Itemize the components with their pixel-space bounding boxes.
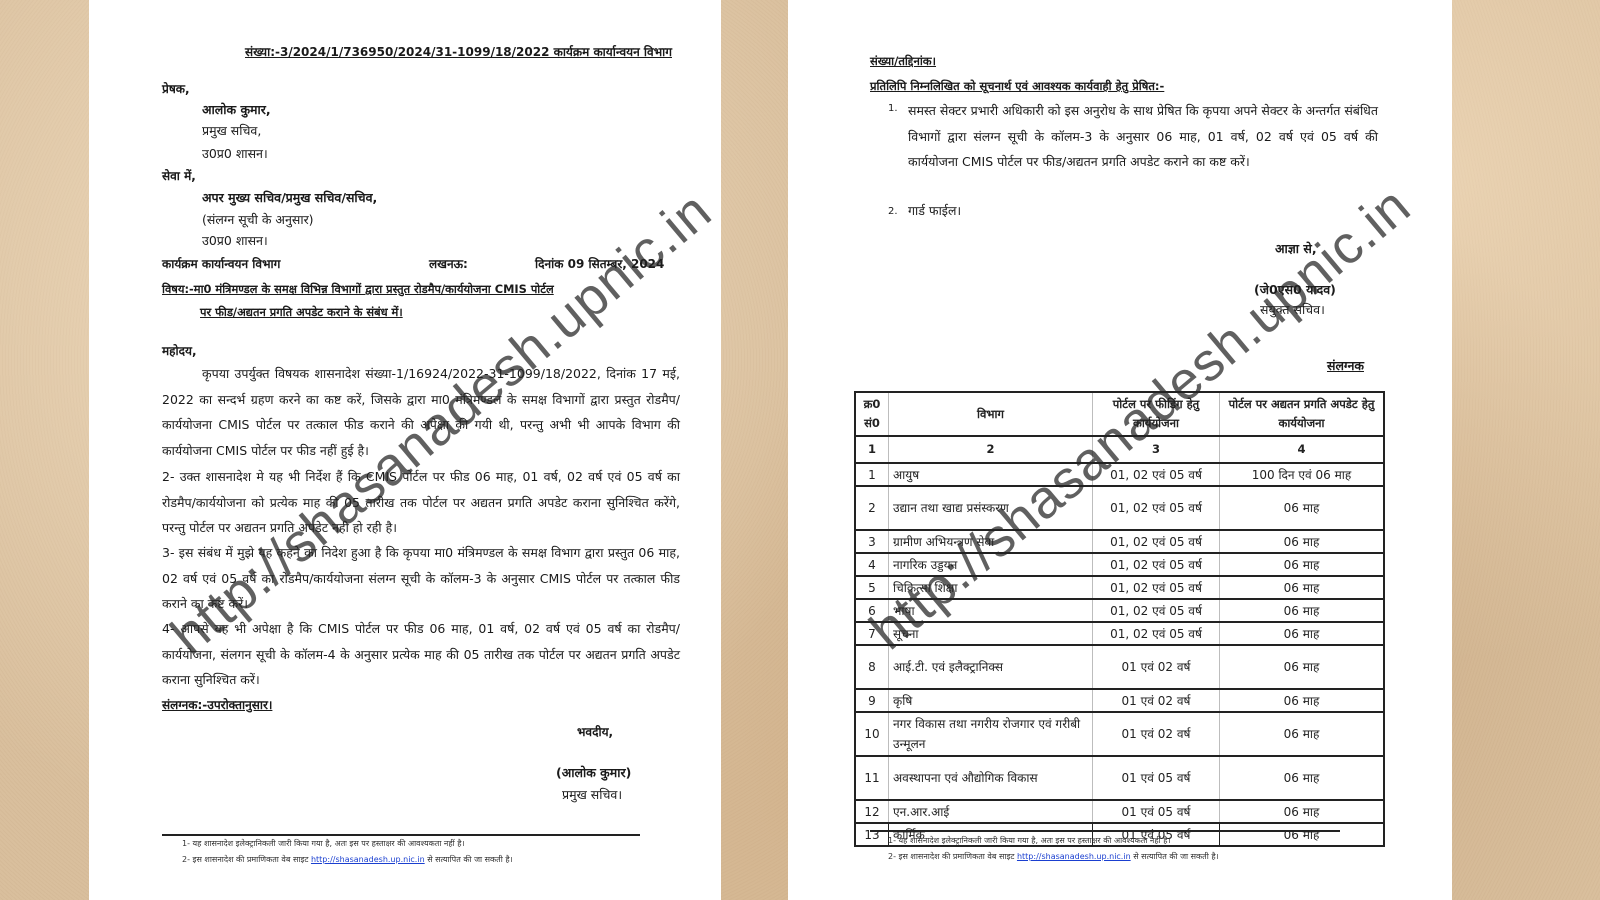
cell-feeding-plan: 01 एवं 02 वर्ष [1093,645,1220,689]
signatory-name: (आलोक कुमार) [556,764,631,781]
cell-department: ग्रामीण अभियन्त्रण सेवा [889,530,1093,553]
cell-feeding-plan: 01 एवं 05 वर्ष [1093,800,1220,823]
paragraph-3: 3- इस संबंध में मुझे यह कहने का निदेश हु… [162,540,680,617]
cell-feeding-plan: 01, 02 एवं 05 वर्ष [1093,622,1220,645]
table-header-row: क्र0 सं0 विभाग पोर्टल पर फीडिंग हेतु कार… [855,392,1384,436]
footer-note-2: 2- इस शासनादेश की प्रमाणिकता वेब साइट ht… [182,854,513,865]
order-label: आज्ञा से, [1275,240,1317,257]
copy-item-1: समस्त सेक्टर प्रभारी अधिकारी को इस अनुरो… [908,98,1378,175]
cell-department: नागरिक उड्डयन [889,553,1093,576]
table-row: 8आई.टी. एवं इलैक्ट्रानिक्स01 एवं 02 वर्ष… [855,645,1384,689]
table-row: 10नगर विकास तथा नगरीय रोजगार एवं गरीबी उ… [855,712,1384,756]
copy-item-2: गार्ड फाईल। [908,202,961,219]
order-reference-number: संख्या:-3/2024/1/736950/2024/31-1099/18/… [245,43,672,60]
sender-designation: प्रमुख सचिव, [202,122,261,139]
salutation: महोदय, [162,342,197,359]
cell-serial: 10 [855,712,889,756]
cell-update-plan: 06 माह [1220,823,1385,846]
recipient-note: (संलग्न सूची के अनुसार) [202,211,314,228]
page2-signatory-name: (जे0एस0 यादव) [1254,281,1336,298]
cell-serial: 12 [855,800,889,823]
table-body: 1आयुष01, 02 एवं 05 वर्ष100 दिन एवं 06 मा… [855,463,1384,846]
cell-feeding-plan: 01 एवं 02 वर्ष [1093,689,1220,712]
cell-serial: 2 [855,486,889,530]
col-header-department: विभाग [889,392,1093,436]
cell-feeding-plan: 01, 02 एवं 05 वर्ष [1093,530,1220,553]
cell-update-plan: 06 माह [1220,486,1385,530]
enclosure-note: संलग्नक:-उपरोक्तानुसार। [162,696,272,713]
table-row: 6भाषा01, 02 एवं 05 वर्ष06 माह [855,599,1384,622]
page2-footer-note-2-prefix: 2- इस शासनादेश की प्रमाणिकता वेब साइट [888,852,1014,861]
sender-government: उ0प्र0 शासन। [202,145,268,162]
table-row: 12एन.आर.आई01 एवं 05 वर्ष06 माह [855,800,1384,823]
cell-feeding-plan: 01, 02 एवं 05 वर्ष [1093,486,1220,530]
recipient-government: उ0प्र0 शासन। [202,232,268,249]
cell-serial: 13 [855,823,889,846]
cell-department: आई.टी. एवं इलैक्ट्रानिक्स [889,645,1093,689]
cell-update-plan: 06 माह [1220,800,1385,823]
copy-item-1-number: 1. [888,103,898,114]
cell-feeding-plan: 01, 02 एवं 05 वर्ष [1093,576,1220,599]
cell-update-plan: 06 माह [1220,689,1385,712]
table-row: 5चिकित्सा शिक्षा01, 02 एवं 05 वर्ष06 माह [855,576,1384,599]
cell-update-plan: 06 माह [1220,645,1385,689]
cell-update-plan: 100 दिन एवं 06 माह [1220,463,1385,486]
cell-serial: 7 [855,622,889,645]
cell-feeding-plan: 01, 02 एवं 05 वर्ष [1093,553,1220,576]
cell-serial: 1 [855,463,889,486]
cell-department: सूचना [889,622,1093,645]
col-number-2: 2 [889,436,1093,463]
footer-note-2-prefix: 2- इस शासनादेश की प्रमाणिकता वेब साइट [182,855,308,864]
subject-line-1: विषय:-मा0 मंत्रिमण्डल के समक्ष विभिन्न व… [162,282,554,297]
verification-link[interactable]: http://shasanadesh.up.nic.in [311,855,425,864]
cell-update-plan: 06 माह [1220,530,1385,553]
cell-feeding-plan: 01 एवं 05 वर्ष [1093,756,1220,800]
table-row: 7सूचना01, 02 एवं 05 वर्ष06 माह [855,622,1384,645]
paragraph-1: कृपया उपर्युक्त विषयक शासनादेश संख्या-1/… [162,361,680,463]
subject-line-2: पर फीड/अद्यतन प्रगति अपडेट कराने के संबं… [200,305,403,320]
cell-serial: 8 [855,645,889,689]
closing: भवदीय, [577,723,613,740]
cell-department: एन.आर.आई [889,800,1093,823]
place: लखनऊ: [429,255,468,272]
cell-serial: 11 [855,756,889,800]
footer-note-1: 1- यह शासनादेश इलेक्ट्रानिकली जारी किया … [182,838,465,849]
cell-update-plan: 06 माह [1220,553,1385,576]
cell-serial: 3 [855,530,889,553]
recipient-label: सेवा में, [162,167,196,184]
cell-update-plan: 06 माह [1220,576,1385,599]
cell-feeding-plan: 01, 02 एवं 05 वर्ष [1093,463,1220,486]
footer-note-2-suffix: से सत्यापित की जा सकती है। [427,855,512,864]
paragraph-2: 2- उक्त शासनादेश मे यह भी निर्देश हैं कि… [162,464,680,541]
page2-footer-note-2: 2- इस शासनादेश की प्रमाणिकता वेब साइट ht… [888,851,1219,862]
recipient-name: अपर मुख्य सचिव/प्रमुख सचिव/सचिव, [202,189,377,206]
cell-department: चिकित्सा शिक्षा [889,576,1093,599]
table-row: 9कृषि01 एवं 02 वर्ष06 माह [855,689,1384,712]
page2-footer-note-2-suffix: से सत्यापित की जा सकती है। [1133,852,1218,861]
cell-serial: 5 [855,576,889,599]
cell-department: कृषि [889,689,1093,712]
signatory-designation: प्रमुख सचिव। [562,786,622,803]
footer-divider [162,834,640,836]
col-header-update-plan: पोर्टल पर अद्यतन प्रगति अपडेट हेतु कार्य… [1220,392,1385,436]
cell-serial: 6 [855,599,889,622]
cell-department: आयुष [889,463,1093,486]
page2-reference: संख्या/तद्दिनांक। [870,54,936,69]
cell-feeding-plan: 01, 02 एवं 05 वर्ष [1093,599,1220,622]
paragraph-4: 4- आपसे यह भी अपेक्षा है कि CMIS पोर्टल … [162,616,680,693]
sender-label: प्रेषक, [162,80,190,97]
page2-verification-link[interactable]: http://shasanadesh.up.nic.in [1017,852,1131,861]
copy-heading: प्रतिलिपि निम्नलिखित को सूचनार्थ एवं आवश… [870,79,1164,94]
order-date: दिनांक 09 सितम्बर, 2024 [535,255,664,272]
col-number-4: 4 [1220,436,1385,463]
col-number-1: 1 [855,436,889,463]
col-number-3: 3 [1093,436,1220,463]
table-row: 11अवस्थापना एवं औद्योगिक विकास01 एवं 05 … [855,756,1384,800]
annexure-table: क्र0 सं0 विभाग पोर्टल पर फीडिंग हेतु कार… [854,391,1385,847]
table-row: 3ग्रामीण अभियन्त्रण सेवा01, 02 एवं 05 वर… [855,530,1384,553]
document-page-1: संख्या:-3/2024/1/736950/2024/31-1099/18/… [89,0,721,900]
cell-update-plan: 06 माह [1220,756,1385,800]
cell-serial: 4 [855,553,889,576]
col-header-serial: क्र0 सं0 [855,392,889,436]
document-page-2: संख्या/तद्दिनांक। प्रतिलिपि निम्नलिखित क… [788,0,1452,900]
cell-update-plan: 06 माह [1220,622,1385,645]
annexure-label: संलग्नक [1327,357,1364,374]
column-number-row: 1 2 3 4 [855,436,1384,463]
table-row: 2उद्यान तथा खाद्य प्रसंस्करण01, 02 एवं 0… [855,486,1384,530]
col-header-feeding-plan: पोर्टल पर फीडिंग हेतु कार्ययोजना [1093,392,1220,436]
cell-department: भाषा [889,599,1093,622]
cell-update-plan: 06 माह [1220,712,1385,756]
sender-name: आलोक कुमार, [202,101,271,118]
cell-feeding-plan: 01 एवं 02 वर्ष [1093,712,1220,756]
cell-department: उद्यान तथा खाद्य प्रसंस्करण [889,486,1093,530]
copy-item-2-number: 2. [888,206,898,217]
table-row: 4नागरिक उड्डयन01, 02 एवं 05 वर्ष06 माह [855,553,1384,576]
cell-update-plan: 06 माह [1220,599,1385,622]
cell-department: अवस्थापना एवं औद्योगिक विकास [889,756,1093,800]
page2-footer-divider [870,830,1340,832]
cell-department: नगर विकास तथा नगरीय रोजगार एवं गरीबी उन्… [889,712,1093,756]
department-name: कार्यक्रम कार्यान्वयन विभाग [162,255,280,272]
page2-signatory-designation: संयुक्त सचिव। [1260,301,1325,318]
page2-footer-note-1: 1- यह शासनादेश इलेक्ट्रानिकली जारी किया … [888,835,1171,846]
table-row: 1आयुष01, 02 एवं 05 वर्ष100 दिन एवं 06 मा… [855,463,1384,486]
cell-serial: 9 [855,689,889,712]
